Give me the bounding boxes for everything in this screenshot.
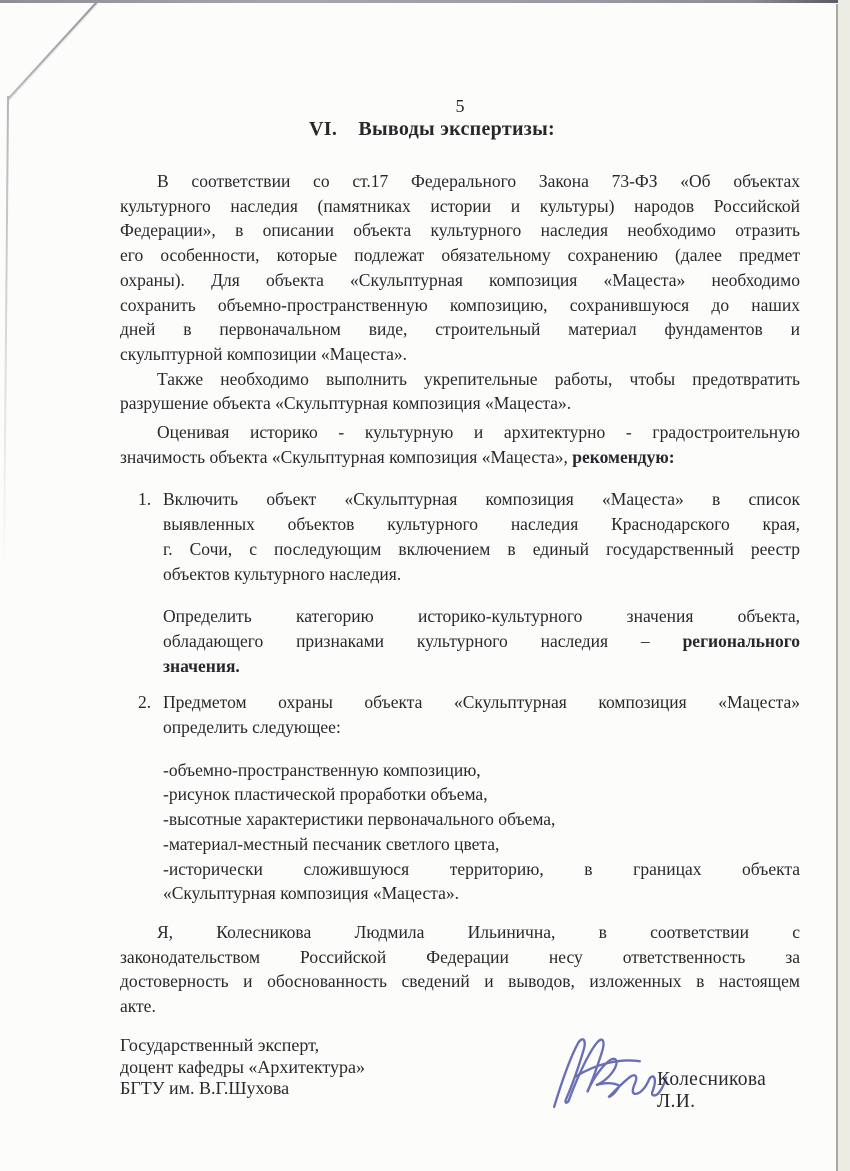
text-line: Определить категорию историко-культурног… (163, 604, 800, 629)
paragraph-strengthening-works: Также необходимо выполнить укрепительные… (120, 367, 800, 416)
text-line: дней в первоначальном виде, строительный… (120, 317, 800, 342)
text-line: Также необходимо выполнить укрепительные… (120, 367, 800, 392)
text-line: законодательством Российской Федерации н… (120, 945, 800, 970)
text-line: -материал-местный песчаник светлого цвет… (163, 832, 800, 857)
text-line: В соответствии со ст.17 Федерального Зак… (120, 169, 800, 194)
paragraph-recommendation-intro: Оценивая историко - культурную и архитек… (120, 420, 800, 469)
list-item-2-content: Предметом охраны объекта «Скульптурная к… (163, 690, 800, 906)
text-line: культурного наследия (памятниках истории… (120, 194, 800, 219)
item2-dash-list: -объемно-пространственную композицию,-ри… (163, 758, 800, 906)
signature-block: Государственный эксперт,доцент кафедры «… (120, 1035, 800, 1155)
text-line: Я, Колесникова Людмила Ильинична, в соот… (120, 920, 800, 945)
item1-paragraph-include: Включить объект «Скульптурная композиция… (163, 487, 800, 586)
text-line: сохранить объемно-пространственную компо… (120, 293, 800, 318)
text-line: акте. (120, 994, 800, 1019)
text-line: Включить объект «Скульптурная композиция… (163, 487, 800, 512)
text-line: Федерации», в описании объекта культурно… (120, 218, 800, 243)
text-line: -исторически сложившуюся территорию, в г… (163, 857, 800, 882)
scan-corner-fold (7, 0, 98, 99)
expert-name: Колесникова Л.И. (657, 1069, 800, 1113)
text-line: -объемно-пространственную композицию, (163, 758, 800, 783)
list-item-2-number: 2. (120, 690, 163, 906)
text-line: достоверность и обоснованность сведений … (120, 969, 800, 994)
text-line: определить следующее: (163, 715, 800, 740)
scan-right-edge (836, 4, 838, 1171)
document-content: 5 VI. Выводы экспертизы: В соответствии … (120, 96, 800, 1155)
text-line: обладающего признаками культурного насле… (163, 629, 800, 654)
list-item-2: 2. Предметом охраны объекта «Скульптурна… (120, 690, 800, 906)
page-number: 5 (120, 96, 800, 116)
item2-paragraph-subject: Предметом охраны объекта «Скульптурная к… (163, 690, 800, 739)
scan-right-margin (838, 0, 850, 1171)
text-line: «Скульптурная композиция «Мацеста». (163, 881, 800, 906)
text-line: Предметом охраны объекта «Скульптурная к… (163, 690, 800, 715)
list-item-1: 1. Включить объект «Скульптурная компози… (120, 487, 800, 678)
text-line: -высотные характеристики первоначального… (163, 807, 800, 832)
item1-paragraph-category: Определить категорию историко-культурног… (163, 604, 800, 678)
text-line: разрушение объекта «Скульптурная компози… (120, 391, 800, 416)
text-line: Оценивая историко - культурную и архитек… (120, 420, 800, 445)
text-line: значения. (163, 654, 800, 679)
text-line: г. Сочи, с последующим включением в един… (163, 537, 800, 562)
text-line: скульптурной композиции «Мацеста». (120, 342, 800, 367)
scan-left-edge (3, 96, 9, 566)
section-heading: VI. Выводы экспертизы: (120, 118, 744, 141)
text-line: -рисунок пластической проработки объема, (163, 782, 800, 807)
text-line: его особенности, которые подлежат обязат… (120, 243, 800, 268)
scan-top-edge (0, 0, 850, 3)
paragraph-legal-basis: В соответствии со ст.17 Федерального Зак… (120, 169, 800, 367)
text-line: объектов культурного наследия. (163, 562, 800, 587)
text-line: Государственный эксперт, (120, 1035, 800, 1057)
list-item-1-content: Включить объект «Скульптурная композиция… (163, 487, 800, 678)
text-line: охраны). Для объекта «Скульптурная компо… (120, 268, 800, 293)
text-line: значимость объекта «Скульптурная компози… (120, 445, 800, 470)
text-line: выявленных объектов культурного наследия… (163, 512, 800, 537)
paragraph-responsibility: Я, Колесникова Людмила Ильинична, в соот… (120, 920, 800, 1019)
list-item-1-number: 1. (120, 487, 163, 678)
scanned-document-page: 5 VI. Выводы экспертизы: В соответствии … (0, 0, 850, 1171)
